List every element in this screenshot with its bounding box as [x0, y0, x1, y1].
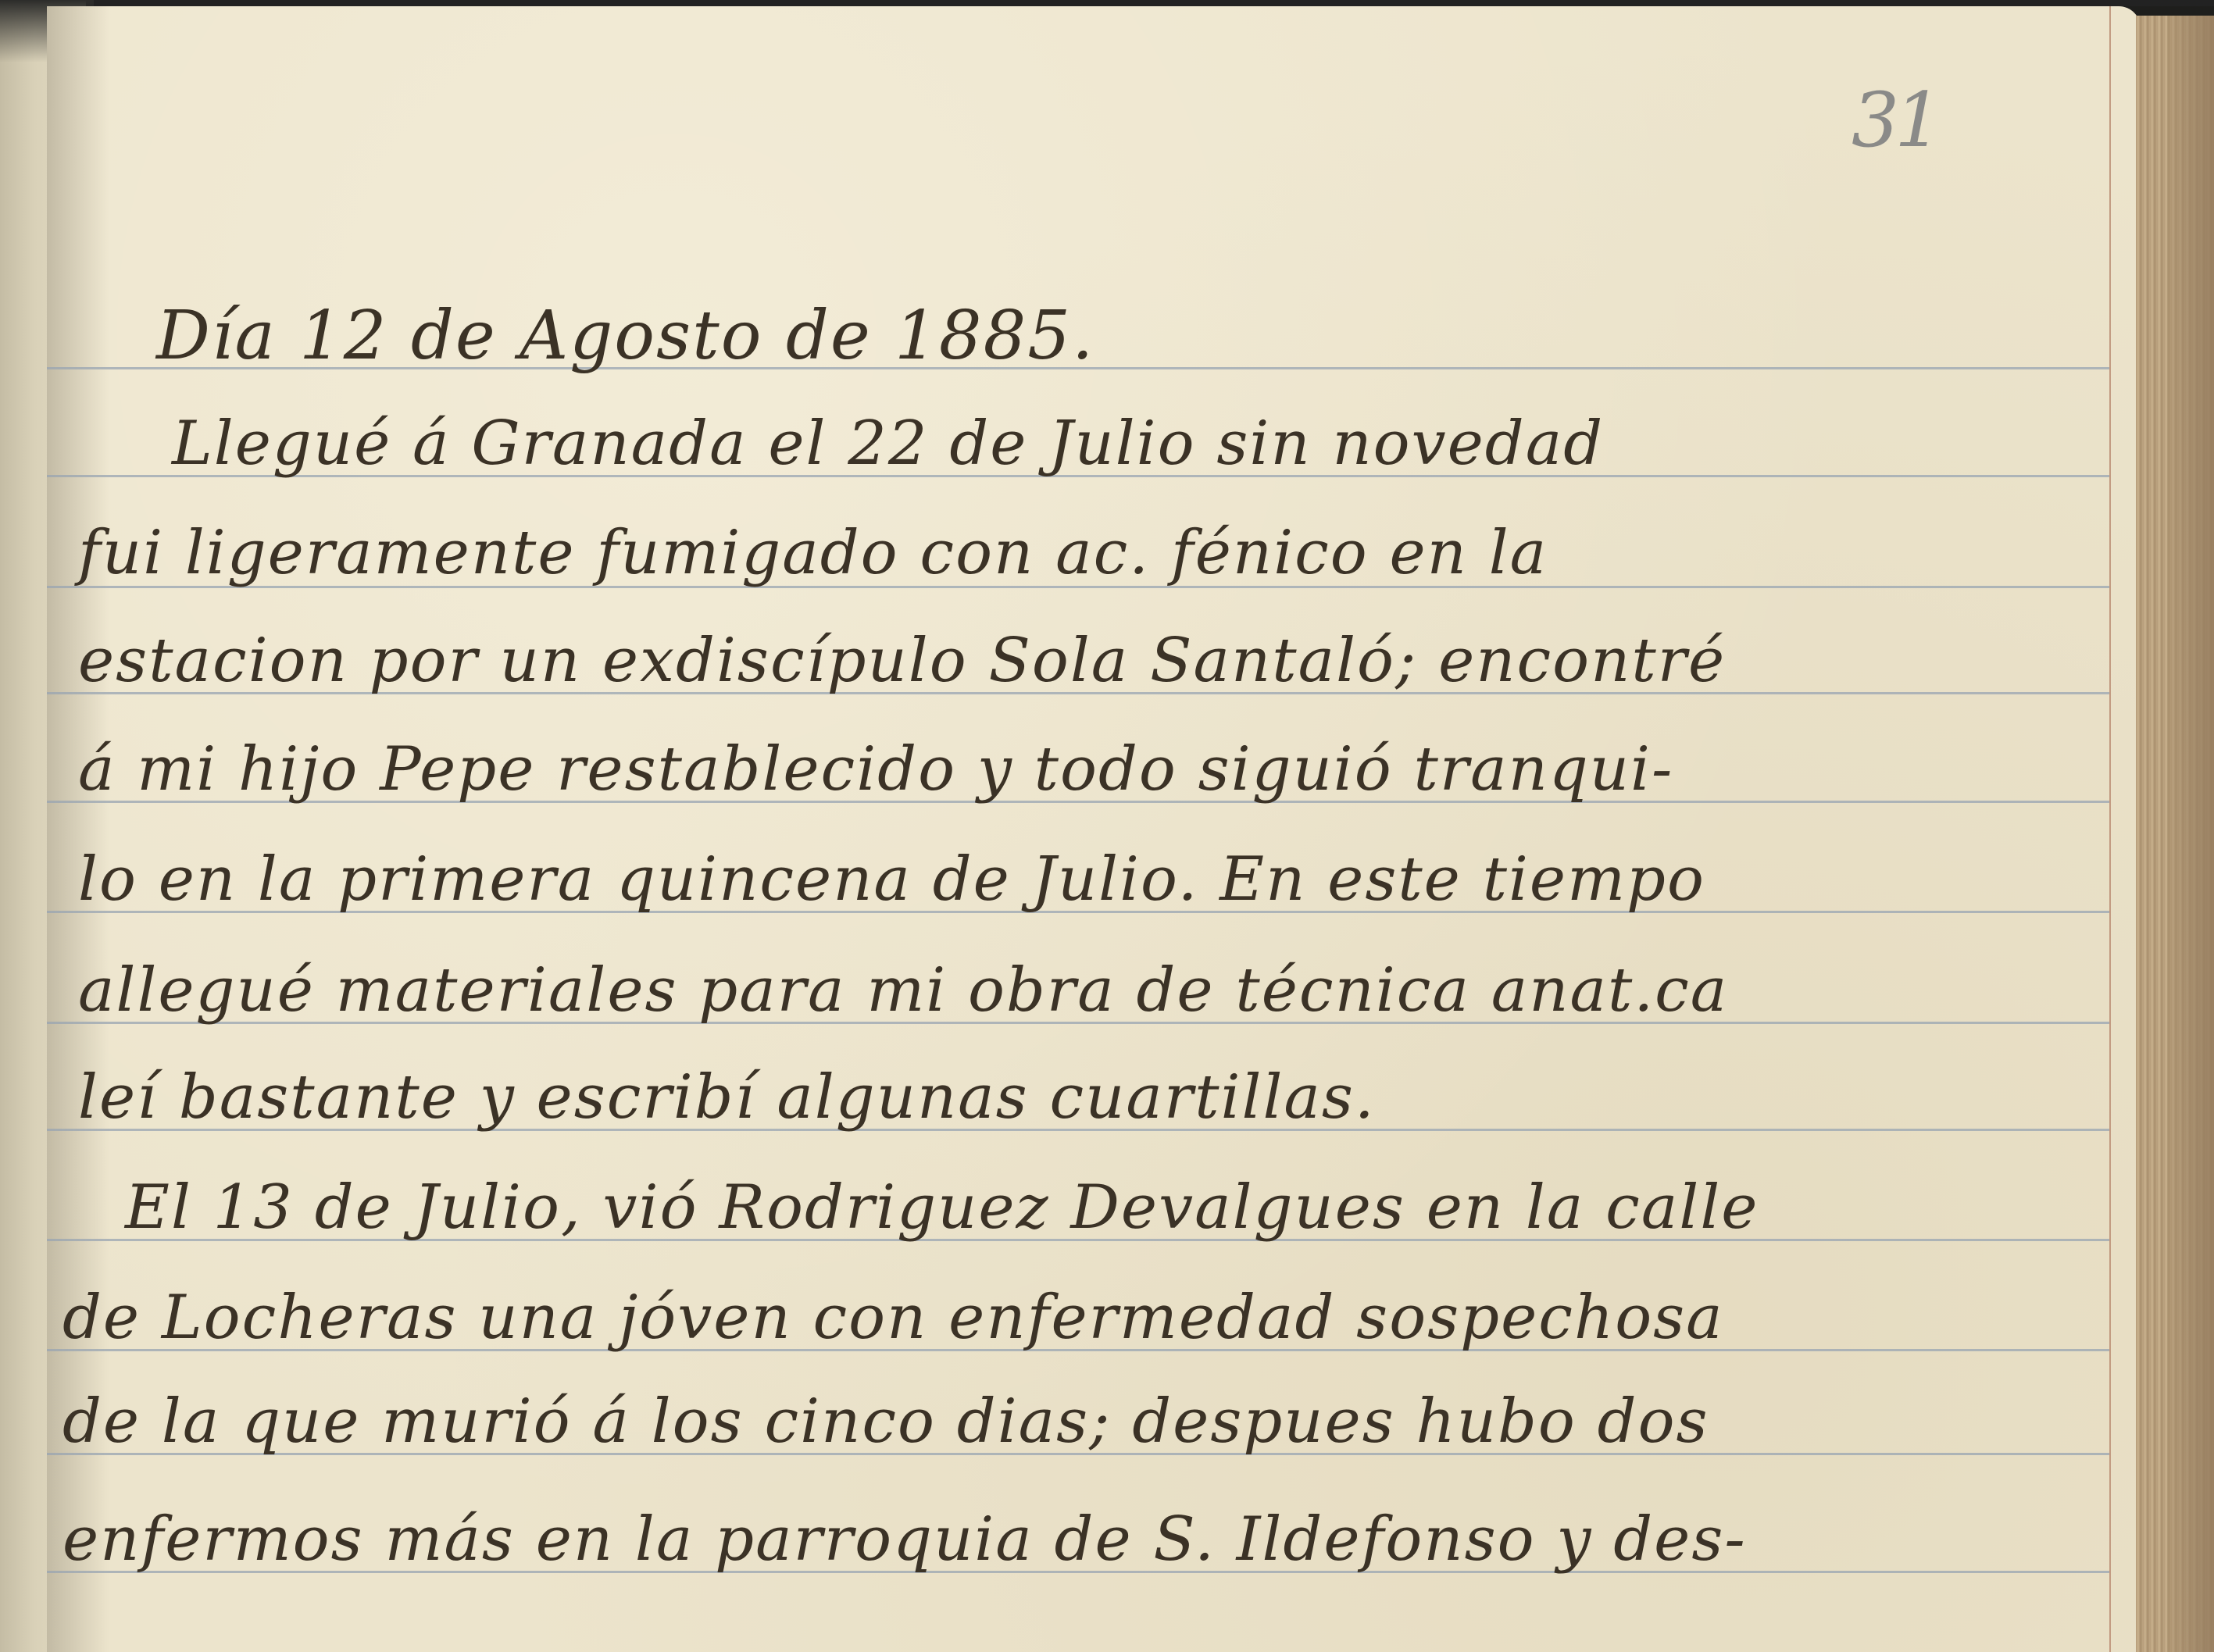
manuscript-line: de la que murió á los cinco dias; despue… [62, 1386, 1709, 1457]
entry-heading: Día 12 de Agosto de 1885. [156, 297, 1095, 375]
right-margin-line [2109, 6, 2111, 1652]
manuscript-line: á mi hijo Pepe restablecido y todo sigui… [78, 734, 1673, 805]
manuscript-line: estacion por un exdiscípulo Sola Santaló… [78, 626, 1726, 696]
manuscript-line: Llegué á Granada el 22 de Julio sin nove… [172, 409, 1604, 479]
manuscript-line: de Locheras una jóven con enfermedad sos… [62, 1283, 1724, 1353]
page-number: 31 [1852, 77, 1937, 164]
manuscript-line: enfermos más en la parroquia de S. Ildef… [62, 1504, 1747, 1575]
manuscript-line: fui ligeramente fumigado con ac. fénico … [78, 518, 1548, 588]
book-top-edge [0, 0, 2214, 6]
manuscript-line: lo en la primera quincena de Julio. En e… [78, 844, 1705, 915]
manuscript-line: leí bastante y escribí algunas cuartilla… [78, 1062, 1376, 1133]
fore-edge-shadow [2167, 16, 2214, 1652]
manuscript-page: 31 Día 12 de Agosto de 1885. Llegué á Gr… [47, 6, 2141, 1652]
manuscript-line: allegué materiales para mi obra de técni… [78, 955, 1728, 1026]
manuscript-line: El 13 de Julio, vió Rodriguez Devalgues … [125, 1172, 1759, 1243]
